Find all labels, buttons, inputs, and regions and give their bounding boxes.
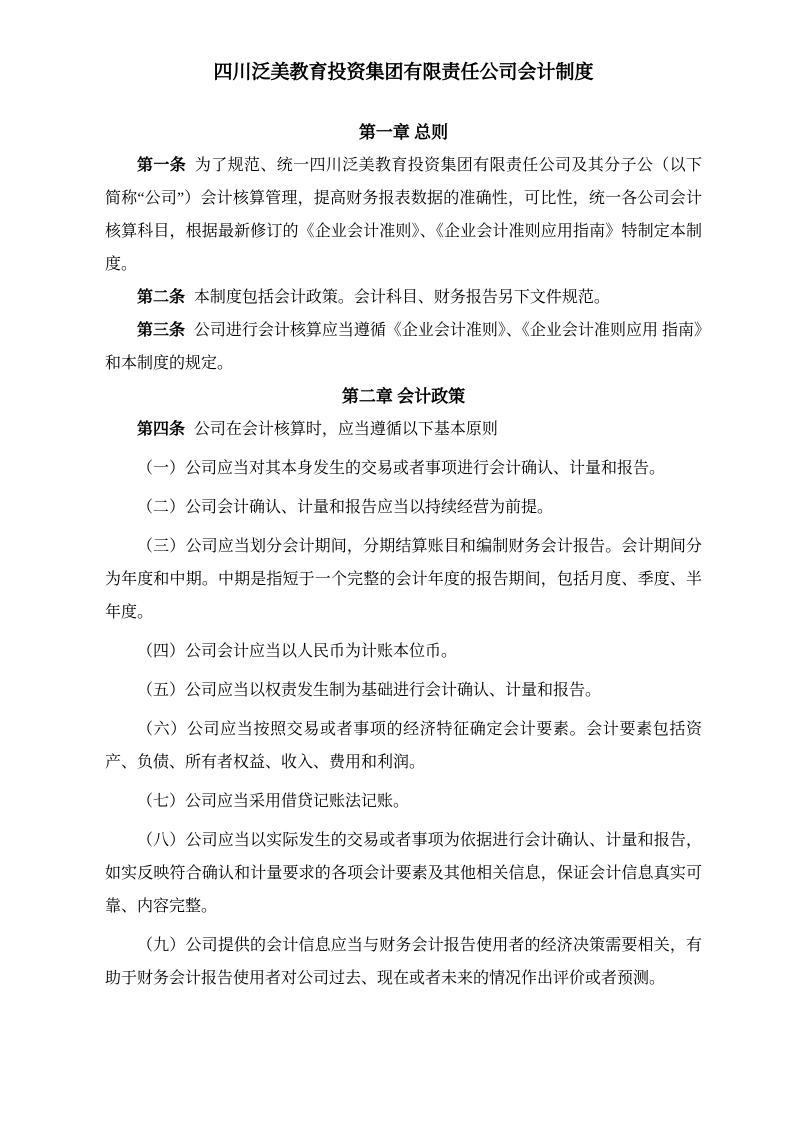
article-3-text: 公司进行会计核算应当遵循《企业会计准则》、《企业会计准则应用 指南》和本制度的规… [105, 322, 702, 372]
article-4-label: 第四条 [137, 421, 185, 438]
principle-item-2: （二）公司会计确认、计量和报告应当以持续经营为前提。 [105, 491, 702, 524]
document-title: 四川泛美教育投资集团有限责任公司会计制度 [105, 58, 702, 88]
principle-item-7: （七）公司应当采用借贷记账法记账。 [105, 785, 702, 818]
article-1-label: 第一条 [137, 157, 186, 174]
article-4-paragraph: 第四条公司在会计核算时，应当遵循以下基本原则 [105, 413, 702, 446]
article-3-label: 第三条 [137, 322, 185, 339]
principle-item-3: （三）公司应当划分会计期间，分期结算账目和编制财务会计报告。会计期间分为年度和中… [105, 530, 702, 629]
principle-item-6: （六）公司应当按照交易或者事项的经济特征确定会计要素。会计要素包括资产、负债、所… [105, 713, 702, 779]
principle-item-5: （五）公司应当以权责发生制为基础进行会计确认、计量和报告。 [105, 674, 702, 707]
document-page: 四川泛美教育投资集团有限责任公司会计制度 第一章 总则 第一条为了规范、统一四川… [0, 0, 793, 1122]
article-3-paragraph: 第三条公司进行会计核算应当遵循《企业会计准则》、《企业会计准则应用 指南》和本制… [105, 314, 702, 380]
principle-item-1: （一）公司应当对其本身发生的交易或者事项进行会计确认、计量和报告。 [105, 452, 702, 485]
principle-item-4: （四）公司会计应当以人民币为计账本位币。 [105, 635, 702, 668]
article-4-text: 公司在会计核算时，应当遵循以下基本原则 [194, 421, 498, 438]
article-1-paragraph: 第一条为了规范、统一四川泛美教育投资集团有限责任公司及其分子公（以下简称“公司”… [105, 149, 702, 281]
article-2-paragraph: 第二条本制度包括会计政策。会计科目、财务报告另下文件规范。 [105, 281, 702, 314]
chapter-1-heading: 第一章 总则 [105, 116, 702, 149]
article-2-label: 第二条 [137, 289, 185, 306]
article-1-text: 为了规范、统一四川泛美教育投资集团有限责任公司及其分子公（以下简称“公司”）会计… [105, 157, 702, 273]
chapter-2-heading: 第二章 会计政策 [105, 380, 702, 413]
article-2-text: 本制度包括会计政策。会计科目、财务报告另下文件规范。 [194, 289, 610, 306]
principle-item-9: （九）公司提供的会计信息应当与财务会计报告使用者的经济决策需要相关，有助于财务会… [105, 929, 702, 995]
principle-item-8: （八）公司应当以实际发生的交易或者事项为依据进行会计确认、计量和报告，如实反映符… [105, 824, 702, 923]
